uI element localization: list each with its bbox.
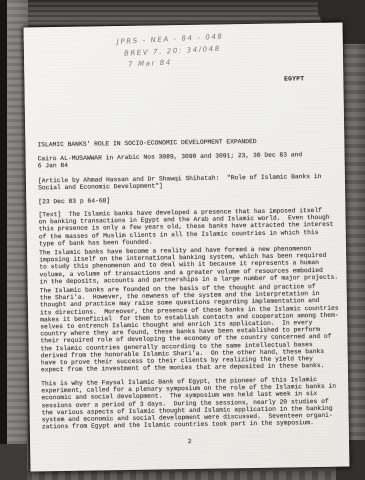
- source-citation: Cairo AL-MUSAWWAR in Arabic Nos 3089, 30…: [38, 151, 303, 170]
- body-paragraph-3: The Islamic banks are founded on the bas…: [40, 283, 340, 374]
- photocopied-document-scan: JPRS - NEA - 84 - 048 BREV 7. 20: 34/048…: [0, 0, 365, 480]
- article-title: ISLAMIC BANKS' ROLE IN SOCIO-ECONOMIC DE…: [37, 138, 256, 149]
- page-content: JPRS - NEA - 84 - 048 BREV 7. 20: 34/048…: [24, 23, 350, 472]
- handwritten-annotation-line-2: BREV 7. 20: 34/048: [124, 45, 221, 58]
- scan-mat-left-black-strip: [0, 0, 7, 480]
- scan-mat-bottom-left-corner: [0, 444, 27, 480]
- country-label: EGYPT: [284, 75, 305, 83]
- article-byline: [Article by Ahmad Hassan and Dr Shawqi S…: [38, 173, 322, 192]
- body-paragraph-4: This is why the Faysal Islamic Bank of E…: [41, 376, 337, 431]
- handwritten-annotation-line-3: 7 Mar 84: [128, 58, 172, 68]
- page-number: 2: [30, 435, 349, 447]
- section-date-reference: [23 Dec 83 p 64-68]: [38, 197, 110, 205]
- body-paragraph-1: [Text] The Islamic banks have developed …: [38, 207, 333, 248]
- body-paragraph-2: The Islamic banks have become a reality …: [39, 245, 338, 286]
- document-page: JPRS - NEA - 84 - 048 BREV 7. 20: 34/048…: [24, 23, 350, 472]
- scan-mat-bottom-band: [0, 471, 365, 480]
- handwritten-annotation-line-1: JPRS - NEA - 84 - 048: [117, 33, 224, 46]
